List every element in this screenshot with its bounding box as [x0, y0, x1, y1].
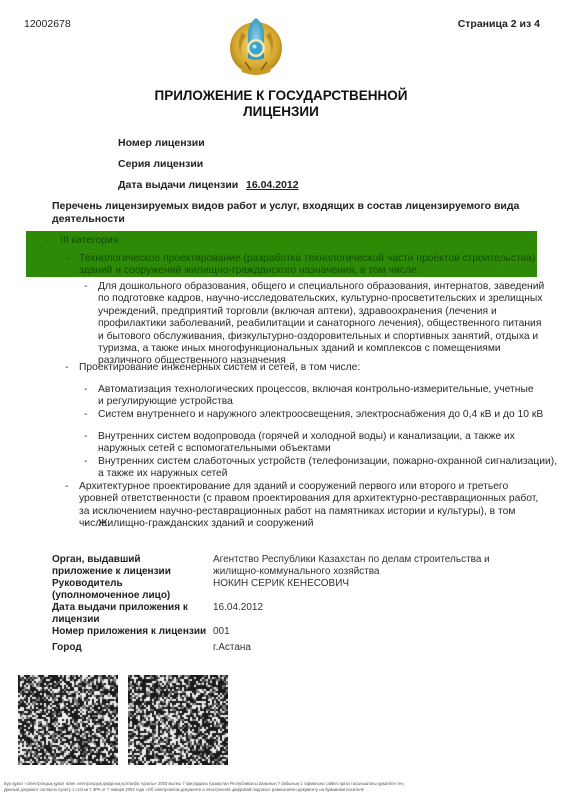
dash-bullet-icon: -	[65, 362, 68, 374]
license-issue-date-row: Дата выдачи лицензии 16.04.2012	[118, 179, 238, 191]
list-item: - III категория	[60, 235, 530, 247]
license-issue-date-value: 16.04.2012	[246, 179, 299, 191]
list-item-text: Автоматизация технологических процессов,…	[98, 384, 534, 407]
list-item-text: Для дошкольного образования, общего и сп…	[98, 281, 544, 366]
license-issue-date-label: Дата выдачи лицензии	[118, 179, 238, 191]
dash-bullet-icon: -	[65, 481, 68, 493]
dash-bullet-icon: -	[84, 384, 87, 396]
info-value: г.Астана	[213, 642, 513, 654]
page-indicator: Страница 2 из 4	[458, 18, 540, 30]
dash-bullet-icon: -	[84, 456, 87, 468]
list-item: - Автоматизация технологических процессо…	[98, 384, 538, 409]
info-label: Дата выдачи приложения к лицензии	[52, 602, 202, 626]
info-value: 16.04.2012	[213, 602, 513, 614]
info-value: НОКИН СЕРИК КЕНЕСОВИЧ	[213, 578, 513, 590]
dash-bullet-icon: -	[84, 409, 87, 421]
list-item: - Жилищно-гражданских зданий и сооружени…	[98, 518, 538, 530]
list-item: - Технологическое проектирование (разраб…	[79, 253, 539, 278]
list-item: - Внутренних систем водопровода (горячей…	[98, 431, 558, 456]
barcode-icon	[18, 675, 118, 765]
list-item-text: Систем внутреннего и наружного электроос…	[98, 409, 543, 420]
info-value: Агентство Республики Казахстан по делам …	[213, 554, 513, 578]
info-label: Руководитель (уполномоченное лицо)	[52, 578, 202, 602]
dash-bullet-icon: -	[84, 281, 87, 293]
document-number: 12002678	[24, 18, 71, 30]
info-label: Орган, выдавший приложение к лицензии	[52, 554, 202, 578]
info-label: Номер приложения к лицензии	[52, 626, 222, 638]
footer-legal-text: Бұл құжат «Электрондық құжат және электр…	[4, 781, 454, 793]
list-item-text: Технологическое проектирование (разработ…	[79, 253, 535, 276]
state-emblem-icon	[228, 12, 284, 78]
document-title: ПРИЛОЖЕНИЕ К ГОСУДАРСТВЕННОЙ ЛИЦЕНЗИИ	[0, 88, 562, 120]
dash-bullet-icon: -	[46, 235, 49, 247]
license-number-row: Номер лицензии	[118, 137, 205, 149]
list-item: - Систем внутреннего и наружного электро…	[98, 409, 548, 421]
barcode-icon	[128, 675, 228, 765]
info-label: Город	[52, 642, 202, 654]
list-item-text: Внутренних систем водопровода (горячей и…	[98, 431, 515, 454]
title-line-2: ЛИЦЕНЗИИ	[0, 104, 562, 120]
list-item-text: Проектирование инженерных систем и сетей…	[79, 362, 360, 373]
list-item-text: III категория	[60, 235, 118, 246]
dash-bullet-icon: -	[84, 431, 87, 443]
license-series-label: Серия лицензии	[118, 158, 203, 170]
footer-line-ru: Данный документ согласно пункту 1 статьи…	[4, 787, 454, 793]
license-series-row: Серия лицензии	[118, 158, 203, 170]
list-item-text: Жилищно-гражданских зданий и сооружений	[98, 518, 314, 529]
license-number-label: Номер лицензии	[118, 137, 205, 149]
dash-bullet-icon: -	[65, 253, 68, 265]
licensed-works-heading: Перечень лицензируемых видов работ и усл…	[52, 200, 522, 226]
info-value: 001	[213, 626, 513, 638]
list-item: - Проектирование инженерных систем и сет…	[79, 362, 539, 374]
list-item-text: Внутренних систем слаботочных устройств …	[98, 456, 557, 479]
list-item: - Для дошкольного образования, общего и …	[98, 281, 548, 368]
dash-bullet-icon: -	[84, 518, 87, 530]
title-line-1: ПРИЛОЖЕНИЕ К ГОСУДАРСТВЕННОЙ	[0, 88, 562, 104]
list-item: - Внутренних систем слаботочных устройст…	[98, 456, 558, 481]
